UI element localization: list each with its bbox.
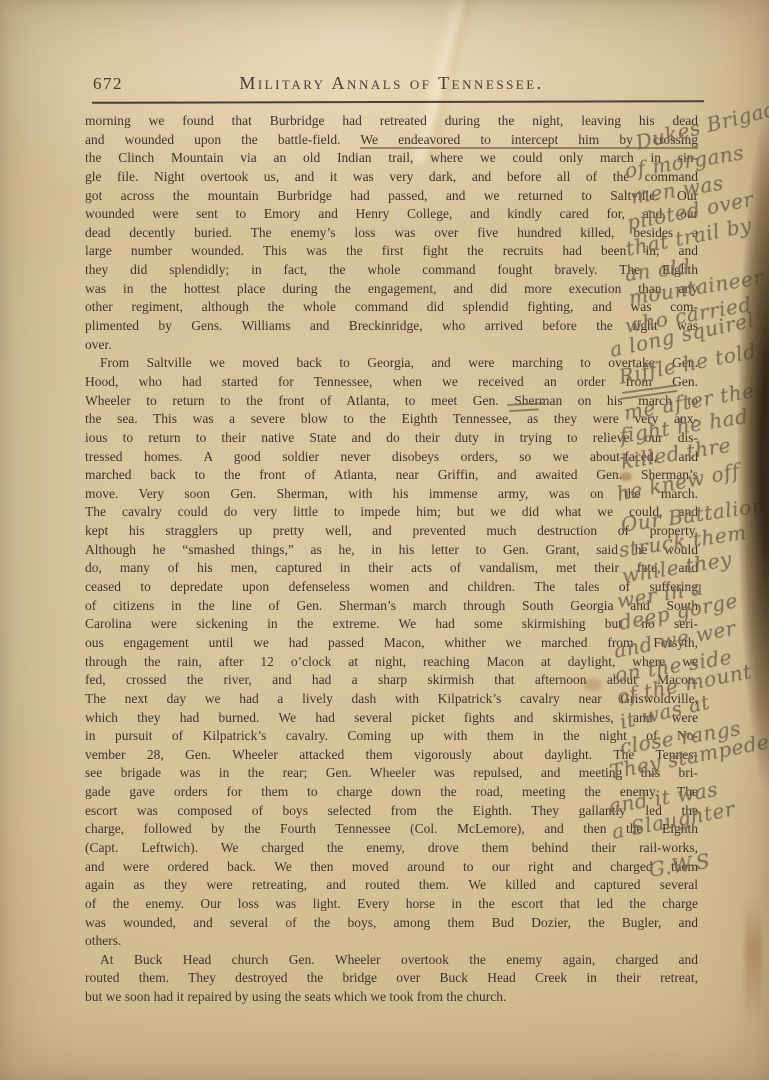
text-line: gade gave orders for them to charge down… bbox=[85, 783, 698, 802]
text-line: move. Very soon Gen. Sherman, with his i… bbox=[85, 485, 698, 504]
text-line: kept his stragglers up pretty well, and … bbox=[85, 522, 698, 541]
paper-stain bbox=[745, 898, 762, 1023]
text-line: of citizens in the line of Gen. Sherman’… bbox=[85, 597, 698, 616]
text-line: the Clinch Mountain via an old Indian tr… bbox=[85, 149, 698, 168]
text-line: ous engagement until we had passed Macon… bbox=[85, 634, 698, 653]
text-line: the sea. This was a severe blow to the E… bbox=[85, 410, 698, 429]
text-line: Although he “smashed things,” as he, in … bbox=[85, 541, 698, 560]
text-line: others. bbox=[85, 932, 698, 951]
text-line: escort was composed of boys selected fro… bbox=[85, 802, 698, 821]
text-line: and wounded upon the battle-field. We en… bbox=[85, 131, 698, 150]
text-line: which they had burned. We had several pi… bbox=[85, 709, 698, 728]
text-line: again as they were retreating, and route… bbox=[85, 876, 698, 895]
text-line: gle file. Night overtook us, and it was … bbox=[85, 168, 698, 187]
text-line: Hood, who had started for Tennessee, whe… bbox=[85, 373, 698, 392]
text-line: routed them. They destroyed the bridge o… bbox=[85, 969, 698, 988]
text-line: through the rain, after 12 o’clock at ni… bbox=[85, 653, 698, 672]
text-line: they did splendidly; in fact, the whole … bbox=[85, 261, 698, 280]
text-line: At Buck Head church Gen. Wheeler overtoo… bbox=[85, 951, 698, 970]
body-text: morning we found that Burbridge had retr… bbox=[85, 112, 698, 1007]
text-line: do, many of his men, captured in their a… bbox=[85, 559, 698, 578]
text-line: vember 28, Gen. Wheeler attacked them vi… bbox=[85, 746, 698, 765]
pencil-underlined-text: We endeavored to intercept him by crossi… bbox=[360, 132, 698, 150]
text-line: other regiment, although the whole comma… bbox=[85, 298, 698, 317]
paragraph: morning we found that Burbridge had retr… bbox=[85, 112, 698, 354]
text-line: tressed homes. A good soldier never diso… bbox=[85, 448, 698, 467]
text-line: ceased to depredate upon defenseless wom… bbox=[85, 578, 698, 597]
text-line: dead decently buried. The enemy’s loss w… bbox=[85, 224, 698, 243]
text-line: marched back to the front of Atlanta, ne… bbox=[85, 466, 698, 485]
text-line: was wounded, and several of the boys, am… bbox=[85, 914, 698, 933]
text-line: Carolina were sickening in the extreme. … bbox=[85, 615, 698, 634]
text-line: large number wounded. This was the first… bbox=[85, 242, 698, 261]
text-line: Wheeler to return to the front of Atlant… bbox=[85, 392, 698, 411]
text-line: charge, followed by the Fourth Tennessee… bbox=[85, 820, 698, 839]
text-line: The cavalry could do very little to impe… bbox=[85, 503, 698, 522]
text-line: over. bbox=[85, 336, 698, 355]
page-title: Military Annals of Tennessee. bbox=[85, 73, 698, 94]
text-line: see brigade was in the rear; Gen. Wheele… bbox=[85, 764, 698, 783]
text-line: in pursuit of Kilpatrick’s cavalry. Comi… bbox=[85, 727, 698, 746]
text-line: got across the mountain Burbridge had pa… bbox=[85, 187, 698, 206]
text-line: morning we found that Burbridge had retr… bbox=[85, 112, 698, 131]
text-line: but we soon had it repaired by using the… bbox=[85, 988, 698, 1007]
text-line: From Saltville we moved back to Georgia,… bbox=[85, 354, 698, 373]
text-line: wounded were sent to Emory and Henry Col… bbox=[85, 205, 698, 224]
text-line: plimented by Gens. Williams and Breckinr… bbox=[85, 317, 698, 336]
text-line: (Capt. Leftwich). We charged the enemy, … bbox=[85, 839, 698, 858]
header-rule bbox=[92, 100, 704, 104]
text-line: of the enemy. Our loss was light. Every … bbox=[85, 895, 698, 914]
text-line: fed, crossed the river, and had a sharp … bbox=[85, 671, 698, 690]
text-line: ious to return to their native State and… bbox=[85, 429, 698, 448]
paragraph: At Buck Head church Gen. Wheeler overtoo… bbox=[85, 951, 698, 1007]
page-edge-shadow bbox=[705, 0, 769, 1080]
scanned-book-page: 672 Military Annals of Tennessee. mornin… bbox=[0, 0, 769, 1080]
text-line: and were ordered back. We then moved aro… bbox=[85, 858, 698, 877]
text-line: The next day we had a lively dash with K… bbox=[85, 690, 698, 709]
paragraph: From Saltville we moved back to Georgia,… bbox=[85, 354, 698, 951]
text-line: was in the hottest place during the enga… bbox=[85, 280, 698, 299]
